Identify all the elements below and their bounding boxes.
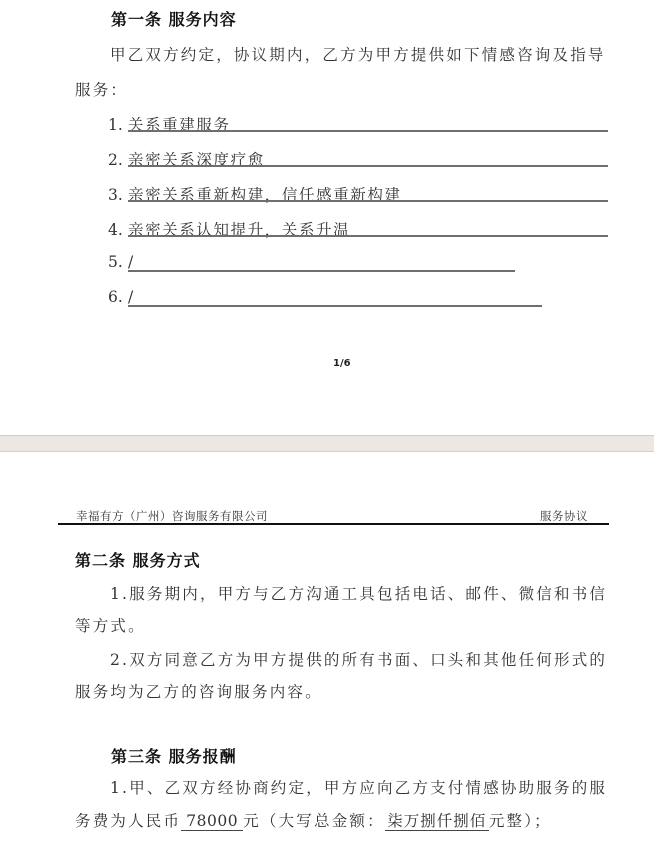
service-item-number: 6. bbox=[108, 288, 128, 306]
service-item-number: 1. bbox=[108, 116, 128, 134]
service-item-4-underline bbox=[128, 235, 608, 237]
service-item-text: / bbox=[128, 288, 135, 306]
document-page-2: 幸福有方（广州）咨询服务有限公司 服务协议 第二条 服务方式 1.服务期内，甲方… bbox=[0, 452, 654, 841]
article-2-p1-line-1: 1.服务期内，甲方与乙方沟通工具包括电话、邮件、微信和书信 bbox=[110, 582, 607, 604]
article-2-heading: 第二条 服务方式 bbox=[75, 548, 201, 571]
fee-suffix-text: 元整）； bbox=[489, 812, 552, 830]
article-3-p1-line-1: 1.甲、乙双方经协商约定，甲方应向乙方支付情感协助服务的服 bbox=[110, 776, 607, 798]
service-item-5: 5./ bbox=[108, 253, 135, 271]
document-page-1: 第一条 服务内容 甲乙双方约定，协议期内，乙方为甲方提供如下情感咨询及指导 服务… bbox=[0, 0, 654, 435]
fee-prefix-text: 务费为人民币 bbox=[75, 812, 181, 830]
service-item-6: 6./ bbox=[108, 288, 135, 306]
page-number: 1/6 bbox=[333, 358, 351, 369]
service-item-2-underline bbox=[128, 165, 608, 167]
header-rule bbox=[58, 523, 609, 525]
article-1-intro-line-1: 甲乙双方约定，协议期内，乙方为甲方提供如下情感咨询及指导 bbox=[110, 43, 606, 65]
article-2-p2-line-2: 服务均为乙方的咨询服务内容。 bbox=[75, 680, 323, 702]
page-separator bbox=[0, 435, 654, 452]
fee-mid-text: 元（大写总金额： bbox=[243, 812, 385, 830]
header-company-name: 幸福有方（广州）咨询服务有限公司 bbox=[76, 508, 268, 524]
service-item-3-underline bbox=[128, 200, 608, 202]
service-item-number: 5. bbox=[108, 253, 128, 271]
article-1-intro-line-2: 服务： bbox=[75, 78, 128, 100]
article-3-p1-line-2: 务费为人民币78000元（大写总金额：柒万捌仟捌佰元整）； bbox=[75, 809, 552, 831]
service-item-number: 2. bbox=[108, 151, 128, 169]
fee-amount-field: 78000 bbox=[181, 813, 243, 831]
service-item-6-underline bbox=[128, 305, 542, 307]
service-item-number: 3. bbox=[108, 186, 128, 204]
service-item-1-underline bbox=[128, 130, 608, 132]
article-2-p1-line-2: 等方式。 bbox=[75, 614, 146, 636]
article-3-heading: 第三条 服务报酬 bbox=[111, 744, 237, 767]
article-2-p2-line-1: 2.双方同意乙方为甲方提供的所有书面、口头和其他任何形式的 bbox=[110, 648, 607, 670]
header-document-title: 服务协议 bbox=[540, 508, 588, 524]
fee-amount-in-words-field: 柒万捌仟捌佰 bbox=[385, 813, 489, 831]
article-1-heading: 第一条 服务内容 bbox=[111, 7, 237, 30]
service-item-text: / bbox=[128, 253, 135, 271]
service-item-number: 4. bbox=[108, 221, 128, 239]
service-item-5-underline bbox=[128, 270, 515, 272]
